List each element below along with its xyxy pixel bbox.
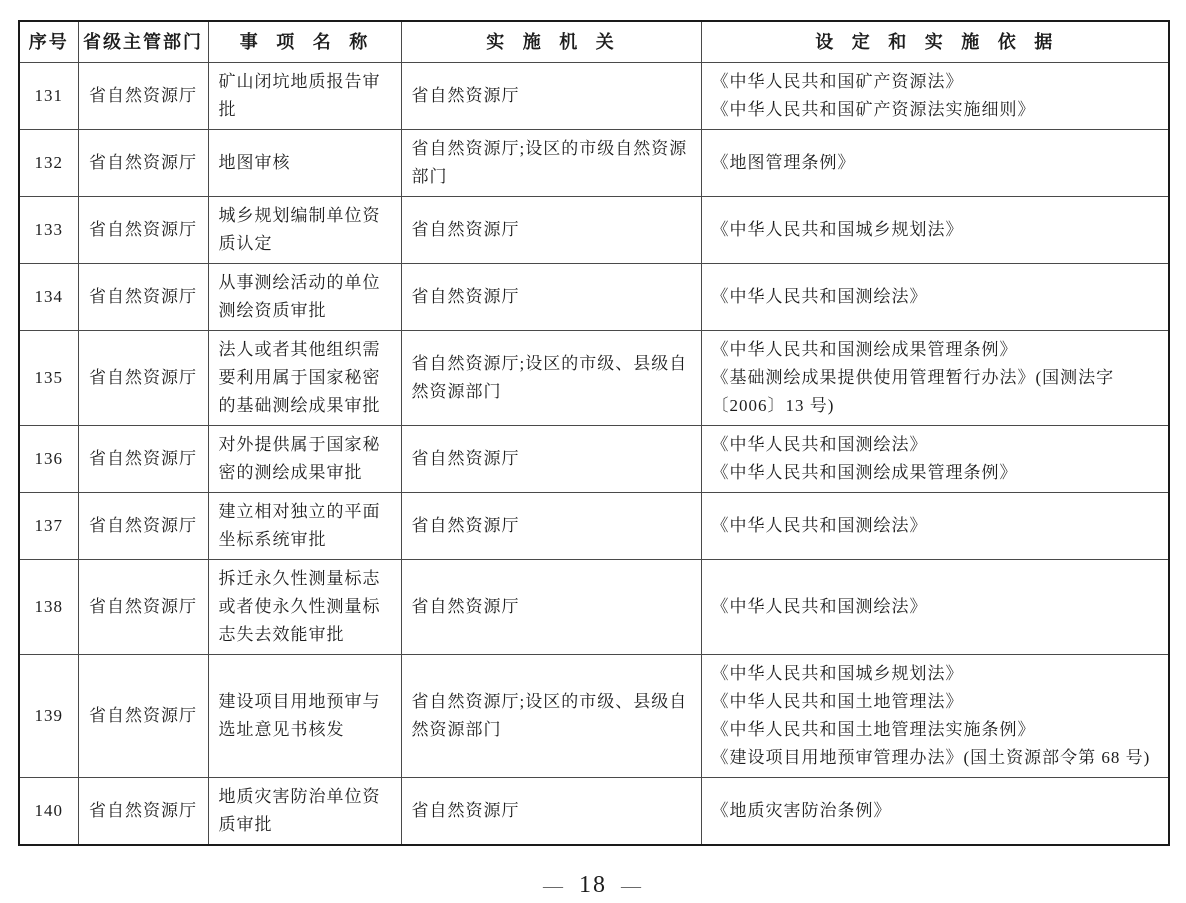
basis-line: 《中华人民共和国矿产资源法实施细则》 <box>712 96 1159 124</box>
row-agency: 省自然资源厅 <box>401 264 701 331</box>
row-item-name: 城乡规划编制单位资质认定 <box>208 197 401 264</box>
row-agency: 省自然资源厅 <box>401 778 701 846</box>
row-department: 省自然资源厅 <box>78 130 208 197</box>
row-department: 省自然资源厅 <box>78 331 208 426</box>
row-department: 省自然资源厅 <box>78 264 208 331</box>
row-department: 省自然资源厅 <box>78 426 208 493</box>
table-row: 139 省自然资源厅 建设项目用地预审与选址意见书核发 省自然资源厅;设区的市级… <box>19 655 1169 778</box>
basis-line: 《建设项目用地预审管理办法》(国土资源部令第 68 号) <box>712 744 1159 772</box>
row-agency: 省自然资源厅;设区的市级、县级自然资源部门 <box>401 655 701 778</box>
basis-line: 《中华人民共和国土地管理法》 <box>712 688 1159 716</box>
row-agency: 省自然资源厅 <box>401 63 701 130</box>
basis-line: 《中华人民共和国测绘成果管理条例》 <box>712 336 1159 364</box>
table-row: 132 省自然资源厅 地图审核 省自然资源厅;设区的市级自然资源部门 《地图管理… <box>19 130 1169 197</box>
basis-line: 《中华人民共和国城乡规划法》 <box>712 216 1159 244</box>
approval-items-table: 序号 省级主管部门 事 项 名 称 实 施 机 关 设 定 和 实 施 依 据 … <box>18 20 1170 846</box>
row-item-name: 建设项目用地预审与选址意见书核发 <box>208 655 401 778</box>
basis-line: 《地图管理条例》 <box>712 149 1159 177</box>
table-row: 133 省自然资源厅 城乡规划编制单位资质认定 省自然资源厅 《中华人民共和国城… <box>19 197 1169 264</box>
basis-line: 《中华人民共和国矿产资源法》 <box>712 68 1159 96</box>
row-item-name: 地图审核 <box>208 130 401 197</box>
row-basis: 《中华人民共和国测绘法》 <box>701 493 1169 560</box>
row-agency: 省自然资源厅 <box>401 426 701 493</box>
row-item-name: 对外提供属于国家秘密的测绘成果审批 <box>208 426 401 493</box>
row-agency: 省自然资源厅 <box>401 560 701 655</box>
row-number: 131 <box>19 63 78 130</box>
document-page: 序号 省级主管部门 事 项 名 称 实 施 机 关 设 定 和 实 施 依 据 … <box>0 20 1186 903</box>
header-provincial-department: 省级主管部门 <box>78 21 208 63</box>
row-item-name: 法人或者其他组织需要利用属于国家秘密的基础测绘成果审批 <box>208 331 401 426</box>
basis-line: 《中华人民共和国土地管理法实施条例》 <box>712 716 1159 744</box>
row-department: 省自然资源厅 <box>78 197 208 264</box>
row-department: 省自然资源厅 <box>78 778 208 846</box>
row-number: 133 <box>19 197 78 264</box>
row-agency: 省自然资源厅;设区的市级、县级自然资源部门 <box>401 331 701 426</box>
row-item-name: 矿山闭坑地质报告审批 <box>208 63 401 130</box>
header-implementing-agency: 实 施 机 关 <box>401 21 701 63</box>
row-basis: 《中华人民共和国城乡规划法》 <box>701 197 1169 264</box>
row-basis: 《中华人民共和国测绘法》 <box>701 264 1169 331</box>
row-agency: 省自然资源厅 <box>401 493 701 560</box>
row-item-name: 拆迁永久性测量标志或者使永久性测量标志失去效能审批 <box>208 560 401 655</box>
row-number: 140 <box>19 778 78 846</box>
table-row: 138 省自然资源厅 拆迁永久性测量标志或者使永久性测量标志失去效能审批 省自然… <box>19 560 1169 655</box>
row-number: 139 <box>19 655 78 778</box>
row-item-name: 从事测绘活动的单位测绘资质审批 <box>208 264 401 331</box>
basis-line: 《中华人民共和国测绘法》 <box>712 593 1159 621</box>
header-basis: 设 定 和 实 施 依 据 <box>701 21 1169 63</box>
row-basis: 《中华人民共和国城乡规划法》《中华人民共和国土地管理法》《中华人民共和国土地管理… <box>701 655 1169 778</box>
table-row: 135 省自然资源厅 法人或者其他组织需要利用属于国家秘密的基础测绘成果审批 省… <box>19 331 1169 426</box>
basis-line: 《基础测绘成果提供使用管理暂行办法》(国测法字〔2006〕13 号) <box>712 364 1159 420</box>
basis-line: 《中华人民共和国测绘法》 <box>712 283 1159 311</box>
footer-right-dash: — <box>607 875 657 897</box>
header-item-name: 事 项 名 称 <box>208 21 401 63</box>
footer-left-dash: — <box>529 875 579 897</box>
row-department: 省自然资源厅 <box>78 63 208 130</box>
row-basis: 《中华人民共和国矿产资源法》《中华人民共和国矿产资源法实施细则》 <box>701 63 1169 130</box>
row-agency: 省自然资源厅;设区的市级自然资源部门 <box>401 130 701 197</box>
page-number: 18 <box>579 872 607 898</box>
row-department: 省自然资源厅 <box>78 493 208 560</box>
row-basis: 《中华人民共和国测绘成果管理条例》《基础测绘成果提供使用管理暂行办法》(国测法字… <box>701 331 1169 426</box>
table-row: 137 省自然资源厅 建立相对独立的平面坐标系统审批 省自然资源厅 《中华人民共… <box>19 493 1169 560</box>
table-row: 136 省自然资源厅 对外提供属于国家秘密的测绘成果审批 省自然资源厅 《中华人… <box>19 426 1169 493</box>
table-row: 134 省自然资源厅 从事测绘活动的单位测绘资质审批 省自然资源厅 《中华人民共… <box>19 264 1169 331</box>
row-number: 136 <box>19 426 78 493</box>
basis-line: 《中华人民共和国测绘法》 <box>712 512 1159 540</box>
basis-line: 《地质灾害防治条例》 <box>712 797 1159 825</box>
table-row: 131 省自然资源厅 矿山闭坑地质报告审批 省自然资源厅 《中华人民共和国矿产资… <box>19 63 1169 130</box>
row-department: 省自然资源厅 <box>78 560 208 655</box>
row-item-name: 地质灾害防治单位资质审批 <box>208 778 401 846</box>
basis-line: 《中华人民共和国测绘法》 <box>712 431 1159 459</box>
table-body: 131 省自然资源厅 矿山闭坑地质报告审批 省自然资源厅 《中华人民共和国矿产资… <box>19 63 1169 846</box>
row-basis: 《地图管理条例》 <box>701 130 1169 197</box>
row-basis: 《地质灾害防治条例》 <box>701 778 1169 846</box>
header-serial-number: 序号 <box>19 21 78 63</box>
row-number: 137 <box>19 493 78 560</box>
table-row: 140 省自然资源厅 地质灾害防治单位资质审批 省自然资源厅 《地质灾害防治条例… <box>19 778 1169 846</box>
basis-line: 《中华人民共和国测绘成果管理条例》 <box>712 459 1159 487</box>
basis-line: 《中华人民共和国城乡规划法》 <box>712 660 1159 688</box>
row-department: 省自然资源厅 <box>78 655 208 778</box>
row-agency: 省自然资源厅 <box>401 197 701 264</box>
row-basis: 《中华人民共和国测绘法》《中华人民共和国测绘成果管理条例》 <box>701 426 1169 493</box>
row-number: 132 <box>19 130 78 197</box>
row-basis: 《中华人民共和国测绘法》 <box>701 560 1169 655</box>
row-number: 135 <box>19 331 78 426</box>
table-header: 序号 省级主管部门 事 项 名 称 实 施 机 关 设 定 和 实 施 依 据 <box>19 21 1169 63</box>
row-item-name: 建立相对独立的平面坐标系统审批 <box>208 493 401 560</box>
page-footer: —18— <box>0 872 1186 899</box>
row-number: 138 <box>19 560 78 655</box>
header-row: 序号 省级主管部门 事 项 名 称 实 施 机 关 设 定 和 实 施 依 据 <box>19 21 1169 63</box>
row-number: 134 <box>19 264 78 331</box>
